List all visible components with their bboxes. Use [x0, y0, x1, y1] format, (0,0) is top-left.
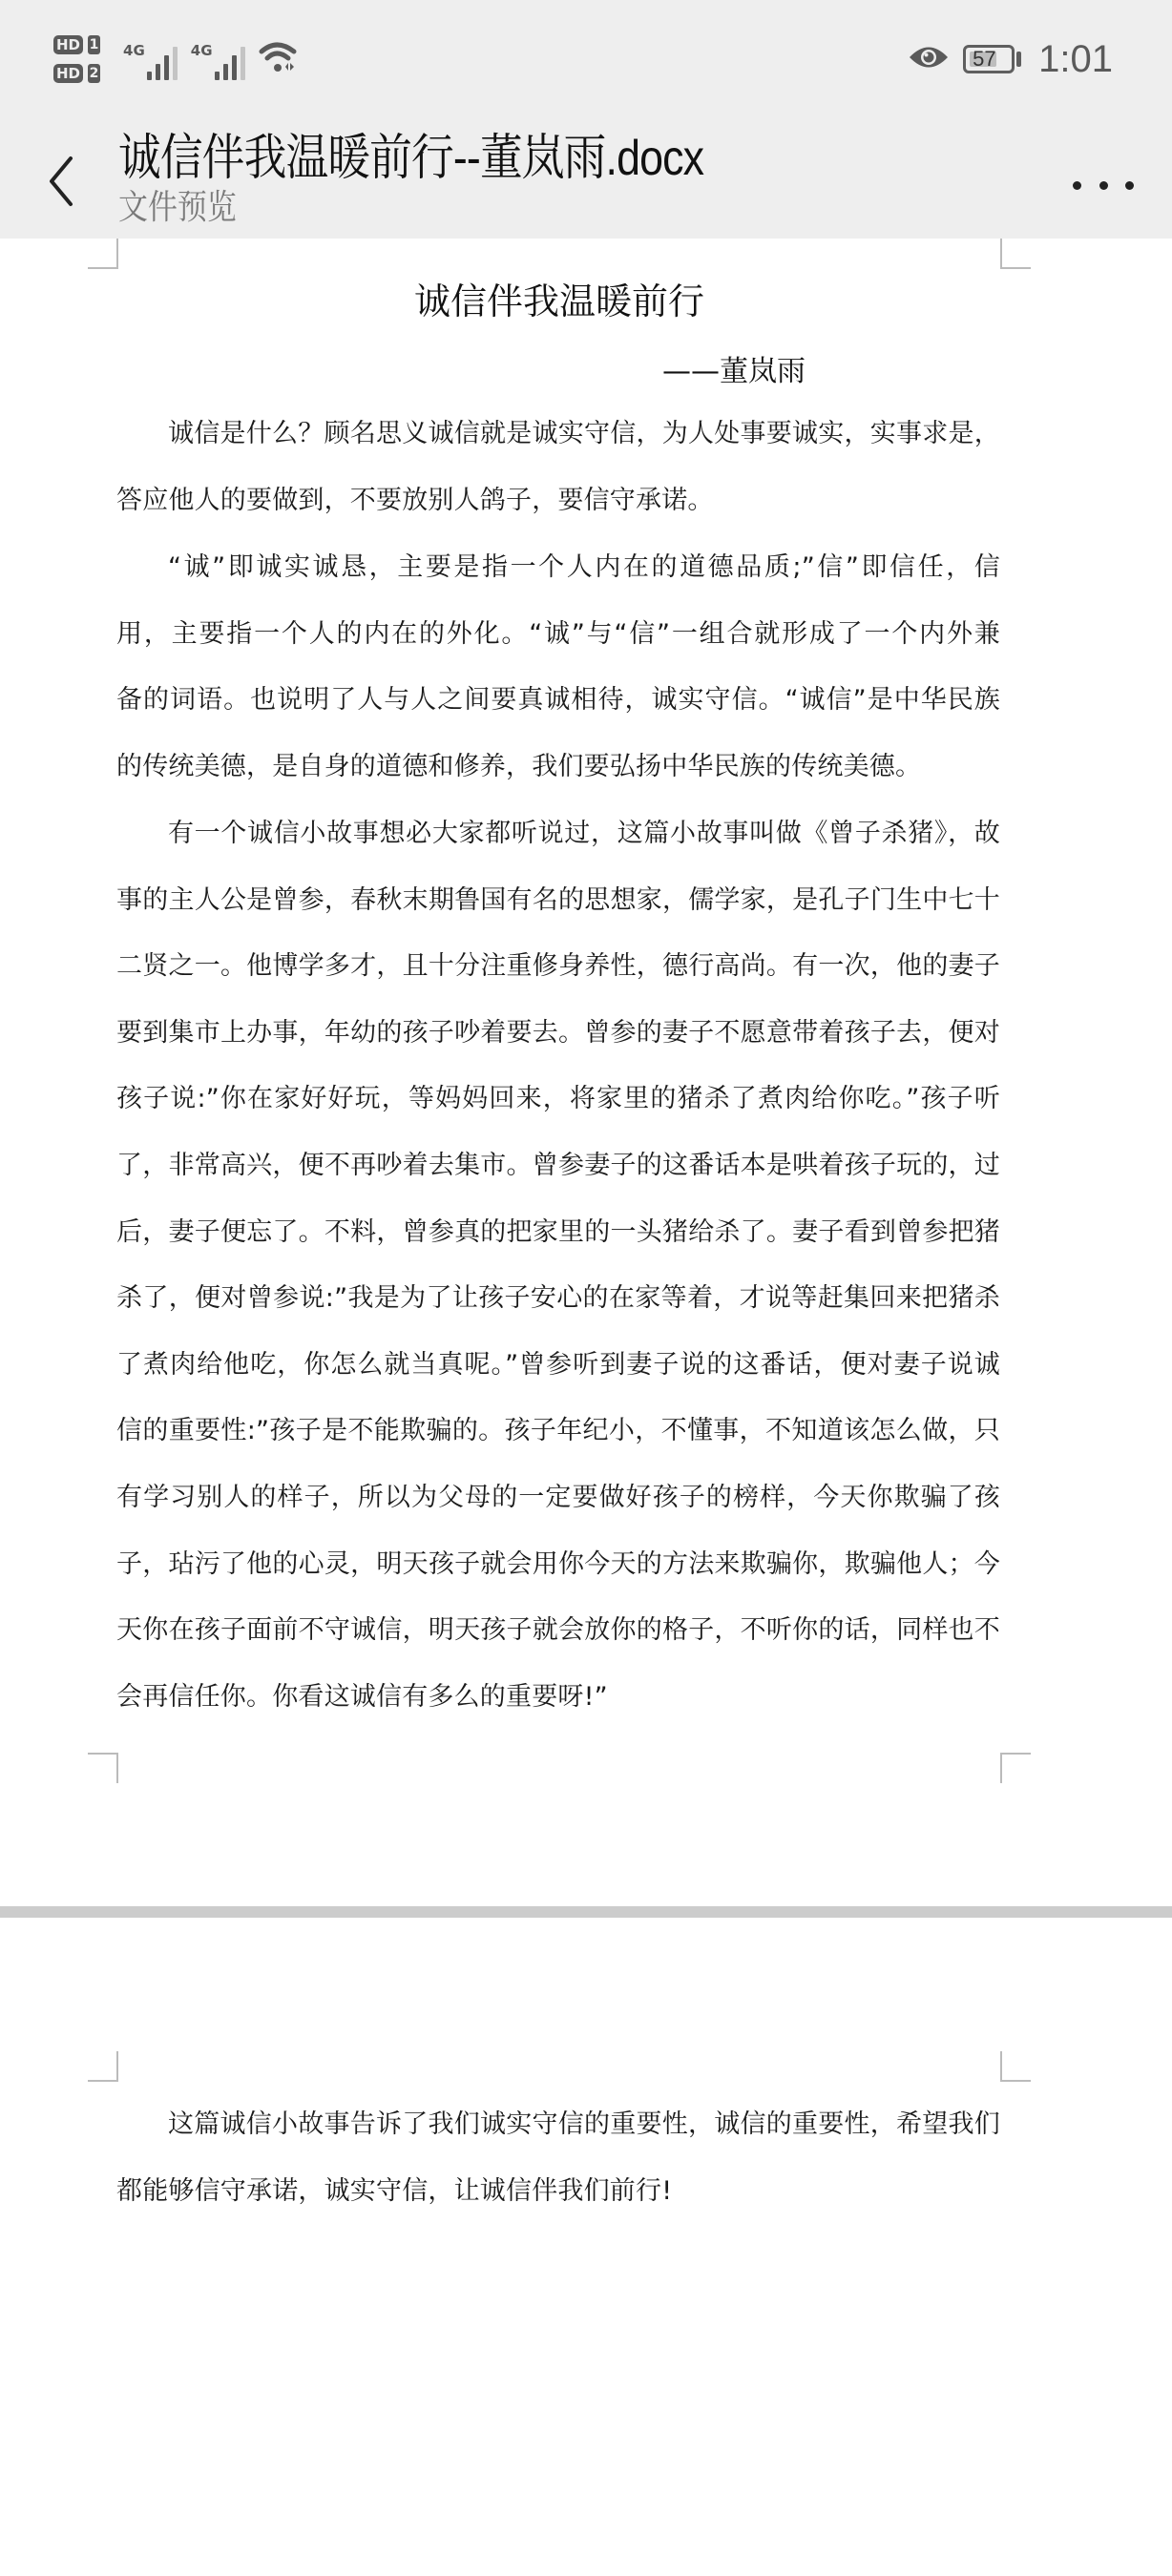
text-line: 答应他人的要做到，不要放别人鸽子，要信守承诺。: [116, 467, 1000, 534]
signal-bars-icon: [147, 46, 178, 80]
text-line: “诚”即诚实诚恳，主要是指一个人内在的道德品质;”信”即信任，信: [116, 534, 1000, 601]
more-options-button[interactable]: [1073, 158, 1134, 212]
page-break-divider: [0, 1906, 1172, 1918]
text-line: 的传统美德，是自身的道德和修养，我们要弘扬中华民族的传统美德。: [116, 734, 1000, 800]
back-button[interactable]: [36, 141, 84, 221]
paragraph-conclusion: 这篇诚信小故事告诉了我们诚实守信的重要性，诚信的重要性，希望我们 都能够信守承诺…: [116, 2091, 1000, 2224]
chevron-left-icon: [46, 155, 74, 208]
text-line: 诚信是什么？顾名思义诚信就是诚实守信，为人处事要诚实，实事求是，: [116, 401, 1000, 467]
text-line: 都能够信守承诺，诚实守信，让诚信伴我们前行!: [116, 2158, 1000, 2225]
page-margin-mark: [1000, 1753, 1031, 1783]
signal-sim2: 4G: [191, 38, 245, 80]
battery-tip: [1016, 52, 1021, 67]
more-horizontal-icon: [1073, 181, 1081, 190]
sim-slot-1: 1: [88, 35, 100, 54]
file-preview-subtitle: 文件预览: [118, 183, 237, 233]
wifi-icon: [259, 40, 299, 78]
page-margin-mark: [1000, 239, 1031, 269]
text-line: 子，玷污了他的心灵，明天孩子就会用你今天的方法来欺骗你，欺骗他人；今: [116, 1531, 1000, 1598]
more-dot: [1099, 181, 1108, 190]
battery-icon: 57: [963, 45, 1015, 73]
page-margin-mark: [88, 239, 118, 269]
status-right: 57 1:01: [908, 32, 1113, 86]
text-line: 孩子说:”你在家好好玩，等妈妈回来，将家里的猪杀了煮肉给你吃。”孩子听: [116, 1066, 1000, 1132]
paragraph-3: 有一个诚信小故事想必大家都听说过，这篇小故事叫做《曾子杀猪》，故 事的主人公是曾…: [116, 800, 1000, 1730]
eye-comfort-icon: [908, 43, 950, 75]
text-line: 杀了，便对曾参说:”我是为了让孩子安心的在家等着，才说等赶集回来把猪杀: [116, 1265, 1000, 1332]
more-dot: [1125, 181, 1134, 190]
text-line: 天你在孩子面前不守诚信，明天孩子就会放你的格子，不听你的话，同样也不: [116, 1597, 1000, 1664]
text-line: 备的词语。也说明了人与人之间要真诚相待，诚实守信。“诚信”是中华民族: [116, 667, 1000, 734]
page-margin-mark: [88, 2051, 118, 2082]
text-line: 要到集市上办事，年幼的孩子吵着要去。曾参的妻子不愿意带着孩子去，便对: [116, 1000, 1000, 1067]
network-type-1: 4G: [123, 42, 145, 59]
status-left: HD 1 HD 2 4G 4G: [53, 29, 299, 90]
page-margin-mark: [88, 1753, 118, 1783]
status-time: 1:01: [1038, 38, 1113, 81]
battery-level: 57: [973, 48, 995, 71]
hd-voice-badge-2: HD: [53, 64, 83, 83]
status-bar: HD 1 HD 2 4G 4G: [0, 0, 1172, 124]
text-line: 有学习别人的样子，所以为父母的一定要做好孩子的榜样，今天你欺骗了孩: [116, 1465, 1000, 1531]
document-title: 诚信伴我温暖前行: [0, 275, 1119, 328]
signal-sim1: 4G: [123, 38, 178, 80]
text-line: 了煮肉给他吃，你怎么就当真呢。”曾参听到妻子说的这番话，便对妻子说诚: [116, 1332, 1000, 1399]
network-type-2: 4G: [191, 42, 213, 59]
hd-voice-badge-1: HD: [53, 35, 83, 54]
text-line: 事的主人公是曾参，春秋末期鲁国有名的思想家，儒学家，是孔子门生中七十: [116, 867, 1000, 934]
text-line: 会再信任你。你看这诚信有多么的重要呀!”: [116, 1664, 1000, 1731]
sim-slot-2: 2: [88, 64, 100, 83]
sim-indicators: HD 1 HD 2: [53, 35, 100, 83]
text-line: 后，妻子便忘了。不料，曾参真的把家里的一头猪给杀了。妻子看到曾参把猪: [116, 1199, 1000, 1266]
paragraph-1: 诚信是什么？顾名思义诚信就是诚实守信，为人处事要诚实，实事求是， 答应他人的要做…: [116, 401, 1000, 533]
text-line: 二贤之一。他博学多才，且十分注重修身养性，德行高尚。有一次，他的妻子: [116, 933, 1000, 1000]
text-line: 有一个诚信小故事想必大家都听说过，这篇小故事叫做《曾子杀猪》，故: [116, 800, 1000, 867]
signal-bars-icon: [215, 46, 245, 80]
document-page-2: 这篇诚信小故事告诉了我们诚实守信的重要性，诚信的重要性，希望我们 都能够信守承诺…: [0, 1918, 1172, 2576]
app-header: 诚信伴我温暖前行--董岚雨.docx 文件预览: [0, 124, 1172, 239]
text-line: 用，主要指一个人的内在的外化。“诚”与“信”一组合就形成了一个内外兼: [116, 601, 1000, 668]
document-page-1: 诚信伴我温暖前行 ——董岚雨 诚信是什么？顾名思义诚信就是诚实守信，为人处事要诚…: [0, 239, 1172, 1906]
paragraph-2: “诚”即诚实诚恳，主要是指一个人内在的道德品质;”信”即信任，信 用，主要指一个…: [116, 534, 1000, 800]
text-line: 信的重要性:”孩子是不能欺骗的。孩子年纪小，不懂事，不知道该怎么做，只: [116, 1398, 1000, 1465]
text-line: 了，非常高兴，便不再吵着去集市。曾参妻子的这番话本是哄着孩子玩的，过: [116, 1132, 1000, 1199]
document-author: ——董岚雨: [662, 351, 806, 393]
text-line: 这篇诚信小故事告诉了我们诚实守信的重要性，诚信的重要性，希望我们: [116, 2091, 1000, 2158]
page-margin-mark: [1000, 2051, 1031, 2082]
